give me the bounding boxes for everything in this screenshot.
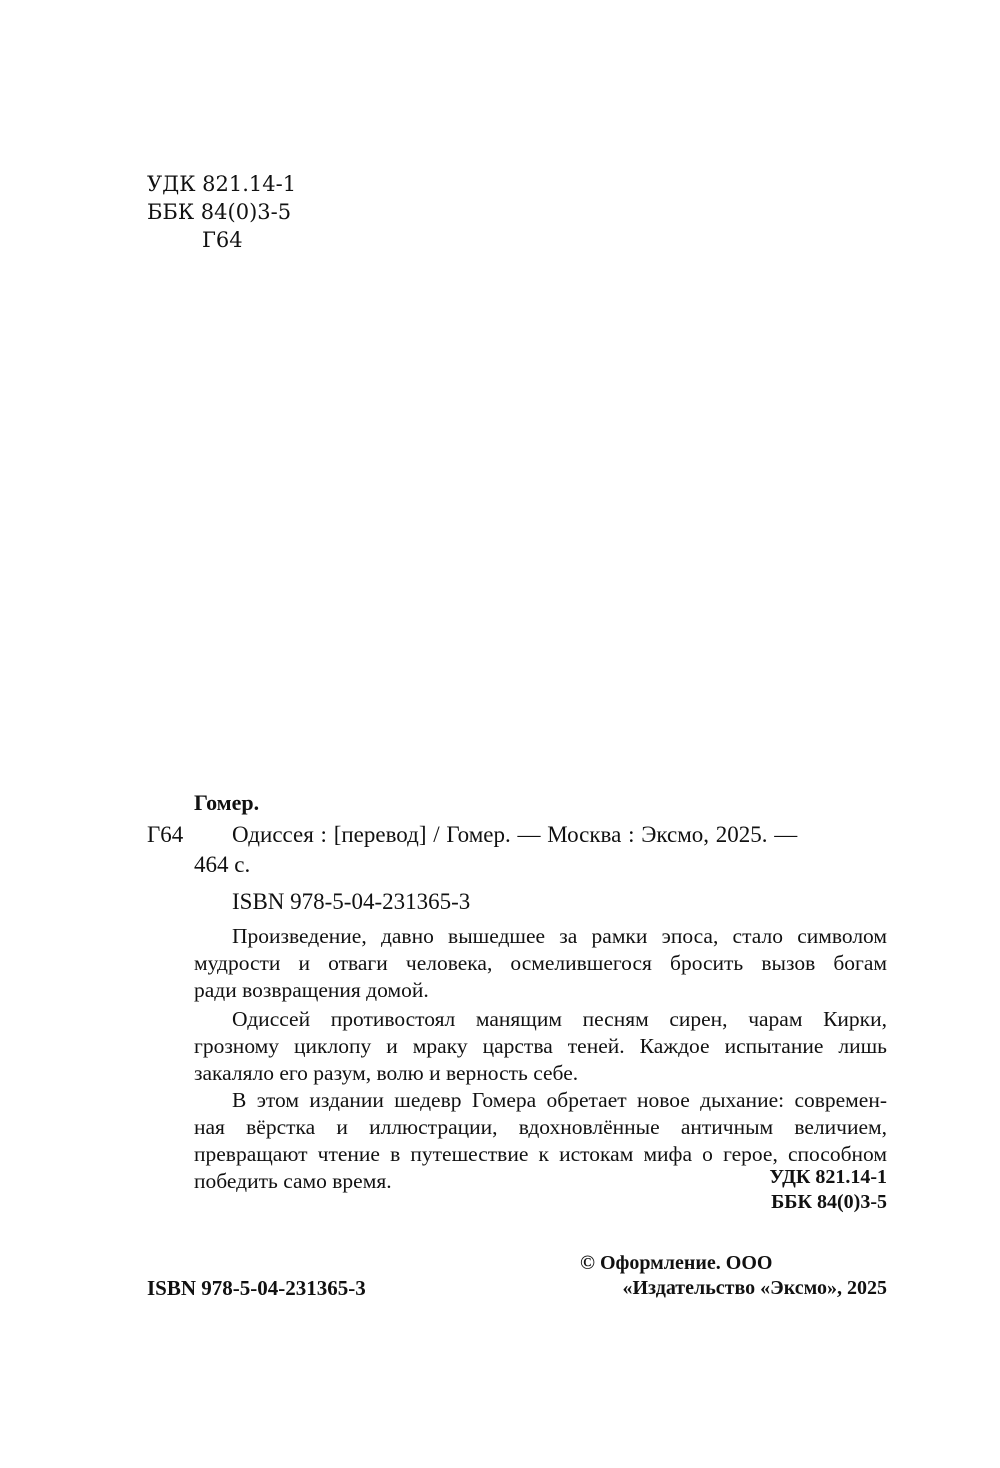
pages: 464 с.: [194, 852, 250, 878]
copyright-line-1: © Оформление. ООО: [580, 1252, 772, 1275]
annotation-line: превращают чтение в путешествие к истока…: [194, 1141, 887, 1168]
annotation-line: закаляло его разум, волю и верность себе…: [194, 1060, 887, 1087]
annotation-line: ная вёрстка и иллюстрации, вдохновлённые…: [194, 1114, 887, 1141]
card-isbn: ISBN 978-5-04-231365-3: [232, 889, 470, 915]
top-udk: УДК 821.14-1: [147, 170, 296, 198]
author-heading: Гомер.: [194, 790, 259, 816]
annotation-line: грозному циклопу и мраку царства теней. …: [194, 1033, 887, 1060]
annotation-line: Произведение, давно вышедшее за рамки эп…: [194, 923, 887, 950]
card-author-mark: Г64: [147, 822, 183, 848]
title-line: Одиссея : [перевод] / Гомер. — Москва : …: [232, 822, 797, 848]
annotation-line: мудрости и отваги человека, осмелившегос…: [194, 950, 887, 977]
footer-isbn: ISBN 978-5-04-231365-3: [147, 1276, 366, 1301]
annotation-line: Одиссей противостоял манящим песням сире…: [194, 1006, 887, 1033]
annotation-paragraph-2: Одиссей противостоял манящим песням сире…: [194, 1006, 887, 1087]
card-udk: УДК 821.14-1: [769, 1166, 887, 1189]
top-bbk: ББК 84(0)3-5: [147, 198, 291, 226]
annotation-line: ради возвращения домой.: [194, 977, 887, 1004]
card-bbk: ББК 84(0)3-5: [771, 1191, 887, 1214]
copyright-line-2: «Издательство «Эксмо», 2025: [622, 1277, 887, 1300]
annotation-line: В этом издании шедевр Гомера обретает но…: [194, 1087, 887, 1114]
annotation-paragraph-1: Произведение, давно вышедшее за рамки эп…: [194, 923, 887, 1004]
top-author-mark: Г64: [202, 226, 243, 254]
